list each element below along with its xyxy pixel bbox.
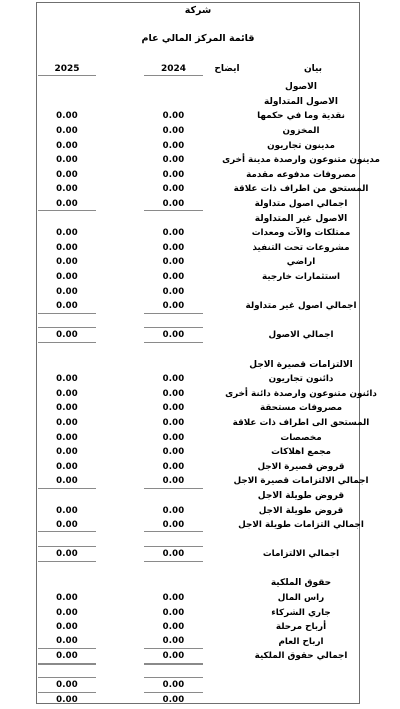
row-label: دائنون تجاريون — [241, 372, 361, 387]
value-cell-2024: 0.00 — [144, 649, 203, 664]
row-label: المخزون — [241, 124, 361, 139]
row-label: اجمالي اصول متداولة — [241, 197, 361, 212]
value-cell-2025: 0.00 — [38, 620, 96, 635]
value-cell-2024: 0.00 — [144, 284, 203, 299]
value-cell-2025: 0.00 — [38, 605, 96, 620]
table-row: 0.000.00مدينون تجاريون — [37, 138, 359, 153]
table-row: 0.000.00ممتلكات والآت ومعدات — [37, 226, 359, 241]
table-row: 0.000.00اجمالي حقوق الملكية — [37, 649, 359, 664]
section-header-row: الاصول المتداولة — [37, 95, 359, 110]
row-label: راس المال — [241, 591, 361, 606]
row-label: الاصول غير المتداولة — [241, 211, 361, 226]
section-header-row: الالتزامات قصيرة الاجل — [37, 357, 359, 372]
value-cell-2024: 0.00 — [144, 255, 203, 270]
table-row — [37, 562, 359, 577]
value-cell-2025: 0.00 — [38, 635, 96, 650]
column-header-2025: 2025 — [38, 62, 96, 76]
value-cell-2024: 0.00 — [144, 299, 203, 314]
financial-statement-page: شركة قائمة المركز المالي عام 2025 2024 ا… — [0, 0, 400, 709]
row-label: المستحق من اطراف ذات علاقة — [241, 182, 361, 197]
value-cell-2025: 0.00 — [38, 474, 96, 489]
table-row: 0.000.00 — [37, 678, 359, 693]
value-cell-2024: 0.00 — [144, 182, 203, 197]
value-cell-2025: 0.00 — [38, 284, 96, 299]
row-label: قروض طويلة الاجل — [241, 489, 361, 504]
value-cell-2025: 0.00 — [38, 197, 96, 212]
value-cell-2024: 0.00 — [144, 693, 203, 708]
row-label: الاصول — [241, 80, 361, 95]
value-cell-2025: 0.00 — [38, 124, 96, 139]
value-cell-2025 — [38, 314, 96, 329]
row-label: اجمالي الاصول — [241, 328, 361, 343]
row-label: ممتلكات والآت ومعدات — [241, 226, 361, 241]
table-row: 0.000.00اجمالي الالتزامات قصيرة الاجل — [37, 474, 359, 489]
row-label: ارباح العام — [241, 635, 361, 650]
value-cell-2024 — [144, 532, 203, 547]
row-label: حقوق الملكية — [241, 576, 361, 591]
value-cell-2025: 0.00 — [38, 328, 96, 343]
value-cell-2025: 0.00 — [38, 430, 96, 445]
row-label: اجمالي اصول غير متداولة — [241, 299, 361, 314]
value-cell-2024: 0.00 — [144, 635, 203, 650]
row-label: مصروفات مدفوعه مقدمة — [241, 168, 361, 183]
value-cell-2024: 0.00 — [144, 138, 203, 153]
statement-frame: شركة قائمة المركز المالي عام 2025 2024 ا… — [36, 2, 360, 704]
table-row: 0.000.00المستحق من اطراف ذات علاقة — [37, 182, 359, 197]
value-cell-2025: 0.00 — [38, 547, 96, 562]
value-cell-2024: 0.00 — [144, 241, 203, 256]
value-cell-2024: 0.00 — [144, 401, 203, 416]
row-label: اجمالي التزامات طويلة الاجل — [241, 518, 361, 533]
value-cell-2024: 0.00 — [144, 386, 203, 401]
value-cell-2025: 0.00 — [38, 226, 96, 241]
table-row: 0.000.00مدينون متنوعون وارصدة مدينة أخرى — [37, 153, 359, 168]
row-label: قروض طويلة الاجل — [241, 503, 361, 518]
row-label: اجمالي حقوق الملكية — [241, 649, 361, 664]
table-row: 0.000.00اراضي — [37, 255, 359, 270]
value-cell-2025: 0.00 — [38, 372, 96, 387]
table-row — [37, 314, 359, 329]
section-header-row: الاصول — [37, 80, 359, 95]
row-label: أرباح مرحلة — [241, 620, 361, 635]
table-row — [37, 343, 359, 358]
table-row: 0.000.00استثمارات خارجية — [37, 270, 359, 285]
value-cell-2025: 0.00 — [38, 182, 96, 197]
value-cell-2024: 0.00 — [144, 372, 203, 387]
value-cell-2025: 0.00 — [38, 591, 96, 606]
table-row: 0.000.00 — [37, 693, 359, 708]
table-row: 0.000.00ارباح العام — [37, 635, 359, 650]
row-label: نقدية وما في حكمها — [241, 109, 361, 124]
value-cell-2025: 0.00 — [38, 416, 96, 431]
value-cell-2025: 0.00 — [38, 138, 96, 153]
value-cell-2025: 0.00 — [38, 445, 96, 460]
row-label: قروض قصيرة الاجل — [241, 459, 361, 474]
value-cell-2024: 0.00 — [144, 518, 203, 533]
value-cell-2024: 0.00 — [144, 474, 203, 489]
value-cell-2025: 0.00 — [38, 109, 96, 124]
value-cell-2025: 0.00 — [38, 518, 96, 533]
value-cell-2025: 0.00 — [38, 168, 96, 183]
row-label: استثمارات خارجية — [241, 270, 361, 285]
row-label: جاري الشركاء — [241, 605, 361, 620]
value-cell-2024: 0.00 — [144, 678, 203, 693]
value-cell-2024 — [144, 664, 203, 679]
value-cell-2024: 0.00 — [144, 547, 203, 562]
value-cell-2025: 0.00 — [38, 459, 96, 474]
table-row: 0.000.00مشروعات تحت التنفيذ — [37, 241, 359, 256]
value-cell-2025: 0.00 — [38, 693, 96, 708]
value-cell-2024: 0.00 — [144, 270, 203, 285]
value-cell-2024: 0.00 — [144, 620, 203, 635]
value-cell-2025: 0.00 — [38, 153, 96, 168]
row-label: اجمالي الالتزامات قصيرة الاجل — [241, 474, 361, 489]
table-row: 0.000.00دائنون تجاريون — [37, 372, 359, 387]
row-label: دائنون متنوعون وارصدة دائنة أخرى — [241, 386, 361, 401]
value-cell-2024: 0.00 — [144, 416, 203, 431]
column-header-2024: 2024 — [144, 62, 203, 76]
row-label: مدينون متنوعون وارصدة مدينة أخرى — [241, 153, 361, 168]
value-cell-2025 — [38, 532, 96, 547]
row-label: مصروفات مستحقة — [241, 401, 361, 416]
table-row: 0.000.00اجمالي اصول غير متداولة — [37, 299, 359, 314]
value-cell-2025: 0.00 — [38, 241, 96, 256]
table-row: 0.000.00أرباح مرحلة — [37, 620, 359, 635]
value-cell-2024: 0.00 — [144, 328, 203, 343]
value-cell-2025 — [38, 664, 96, 679]
table-row — [37, 532, 359, 547]
table-row: 0.000.00 — [37, 284, 359, 299]
statement-title: قائمة المركز المالي عام — [37, 33, 359, 45]
row-label: مجمع اهلاكات — [241, 445, 361, 460]
table-row: 0.000.00اجمالي التزامات طويلة الاجل — [37, 518, 359, 533]
value-cell-2024: 0.00 — [144, 503, 203, 518]
value-cell-2024: 0.00 — [144, 605, 203, 620]
company-title: شركة — [37, 5, 359, 17]
value-cell-2025: 0.00 — [38, 299, 96, 314]
value-cell-2025: 0.00 — [38, 386, 96, 401]
value-cell-2024: 0.00 — [144, 124, 203, 139]
value-cell-2025: 0.00 — [38, 255, 96, 270]
table-row: 0.000.00اجمالي الاصول — [37, 328, 359, 343]
row-label: الالتزامات قصيرة الاجل — [241, 357, 361, 372]
row-label: مخصصات — [241, 430, 361, 445]
table-row: 0.000.00اجمالي الالتزامات — [37, 547, 359, 562]
value-cell-2024: 0.00 — [144, 168, 203, 183]
value-cell-2024: 0.00 — [144, 459, 203, 474]
table-row — [37, 664, 359, 679]
value-cell-2024: 0.00 — [144, 445, 203, 460]
value-cell-2024: 0.00 — [144, 109, 203, 124]
row-label: مشروعات تحت التنفيذ — [241, 241, 361, 256]
table-row: 0.000.00مجمع اهلاكات — [37, 445, 359, 460]
row-label: المستحق الى اطراف ذات علاقة — [241, 416, 361, 431]
row-label: اراضي — [241, 255, 361, 270]
table-row: 0.000.00مخصصات — [37, 430, 359, 445]
column-header-note: ايضاح — [205, 62, 249, 76]
value-cell-2025: 0.00 — [38, 401, 96, 416]
table-row: 0.000.00اجمالي اصول متداولة — [37, 197, 359, 212]
table-row: 0.000.00قروض طويلة الاجل — [37, 503, 359, 518]
value-cell-2025: 0.00 — [38, 270, 96, 285]
row-label: اجمالي الالتزامات — [241, 547, 361, 562]
value-cell-2024 — [144, 314, 203, 329]
row-label: مدينون تجاريون — [241, 138, 361, 153]
value-cell-2024: 0.00 — [144, 153, 203, 168]
table-row: 0.000.00مصروفات مستحقة — [37, 401, 359, 416]
table-row: 0.000.00جاري الشركاء — [37, 605, 359, 620]
section-header-row: الاصول غير المتداولة — [37, 211, 359, 226]
table-row: 0.000.00المستحق الى اطراف ذات علاقة — [37, 416, 359, 431]
table-row: 0.000.00قروض قصيرة الاجل — [37, 459, 359, 474]
section-header-row: حقوق الملكية — [37, 576, 359, 591]
value-cell-2025: 0.00 — [38, 649, 96, 664]
value-cell-2024: 0.00 — [144, 591, 203, 606]
value-cell-2024: 0.00 — [144, 430, 203, 445]
value-cell-2024: 0.00 — [144, 226, 203, 241]
value-cell-2024: 0.00 — [144, 197, 203, 212]
table-row: 0.000.00راس المال — [37, 591, 359, 606]
table-row: 0.000.00دائنون متنوعون وارصدة دائنة أخرى — [37, 386, 359, 401]
table-row: 0.000.00نقدية وما في حكمها — [37, 109, 359, 124]
column-header-statement: بيان — [265, 62, 361, 76]
table-row: 0.000.00مصروفات مدفوعه مقدمة — [37, 168, 359, 183]
table-row: 0.000.00المخزون — [37, 124, 359, 139]
section-header-row: قروض طويلة الاجل — [37, 489, 359, 504]
value-cell-2025: 0.00 — [38, 678, 96, 693]
row-label: الاصول المتداولة — [241, 95, 361, 110]
rows: الاصولالاصول المتداولة0.000.00نقدية وما … — [37, 80, 359, 708]
value-cell-2025: 0.00 — [38, 503, 96, 518]
